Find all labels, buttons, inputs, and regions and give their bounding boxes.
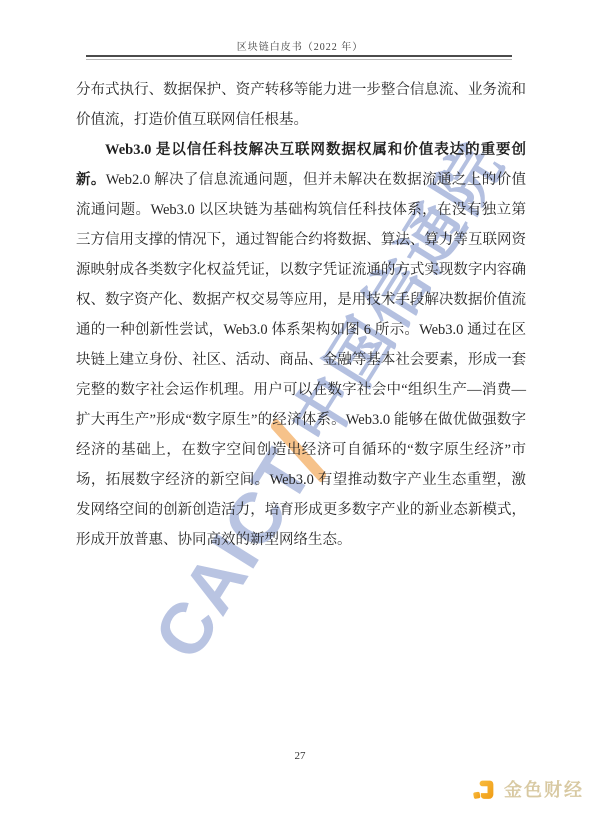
jinse-finance-icon	[472, 777, 497, 802]
page-number: 27	[0, 750, 600, 762]
paragraph-web3-body: Web2.0 解决了信息流通问题，但并未解决在数据流通之上的价值流通问题。Web…	[76, 172, 526, 548]
header-running-title: 区块链白皮书（2022 年）	[0, 38, 600, 53]
document-page: CAICT中国信通院 区块链白皮书（2022 年） 分布式执行、数据保护、资产转…	[0, 0, 600, 815]
jinse-finance-label: 金色财经	[504, 776, 584, 802]
body-text-block: 分布式执行、数据保护、资产转移等能力进一步整合信息流、业务流和价值流，打造价值互…	[76, 75, 526, 555]
paragraph-continuation: 分布式执行、数据保护、资产转移等能力进一步整合信息流、业务流和价值流，打造价值互…	[76, 75, 526, 135]
header-rule-divider	[86, 55, 512, 60]
jinse-finance-logo: 金色财经	[472, 776, 584, 802]
paragraph-web3: Web3.0 是以信任科技解决互联网数据权属和价值表达的重要创新。Web2.0 …	[76, 135, 526, 555]
